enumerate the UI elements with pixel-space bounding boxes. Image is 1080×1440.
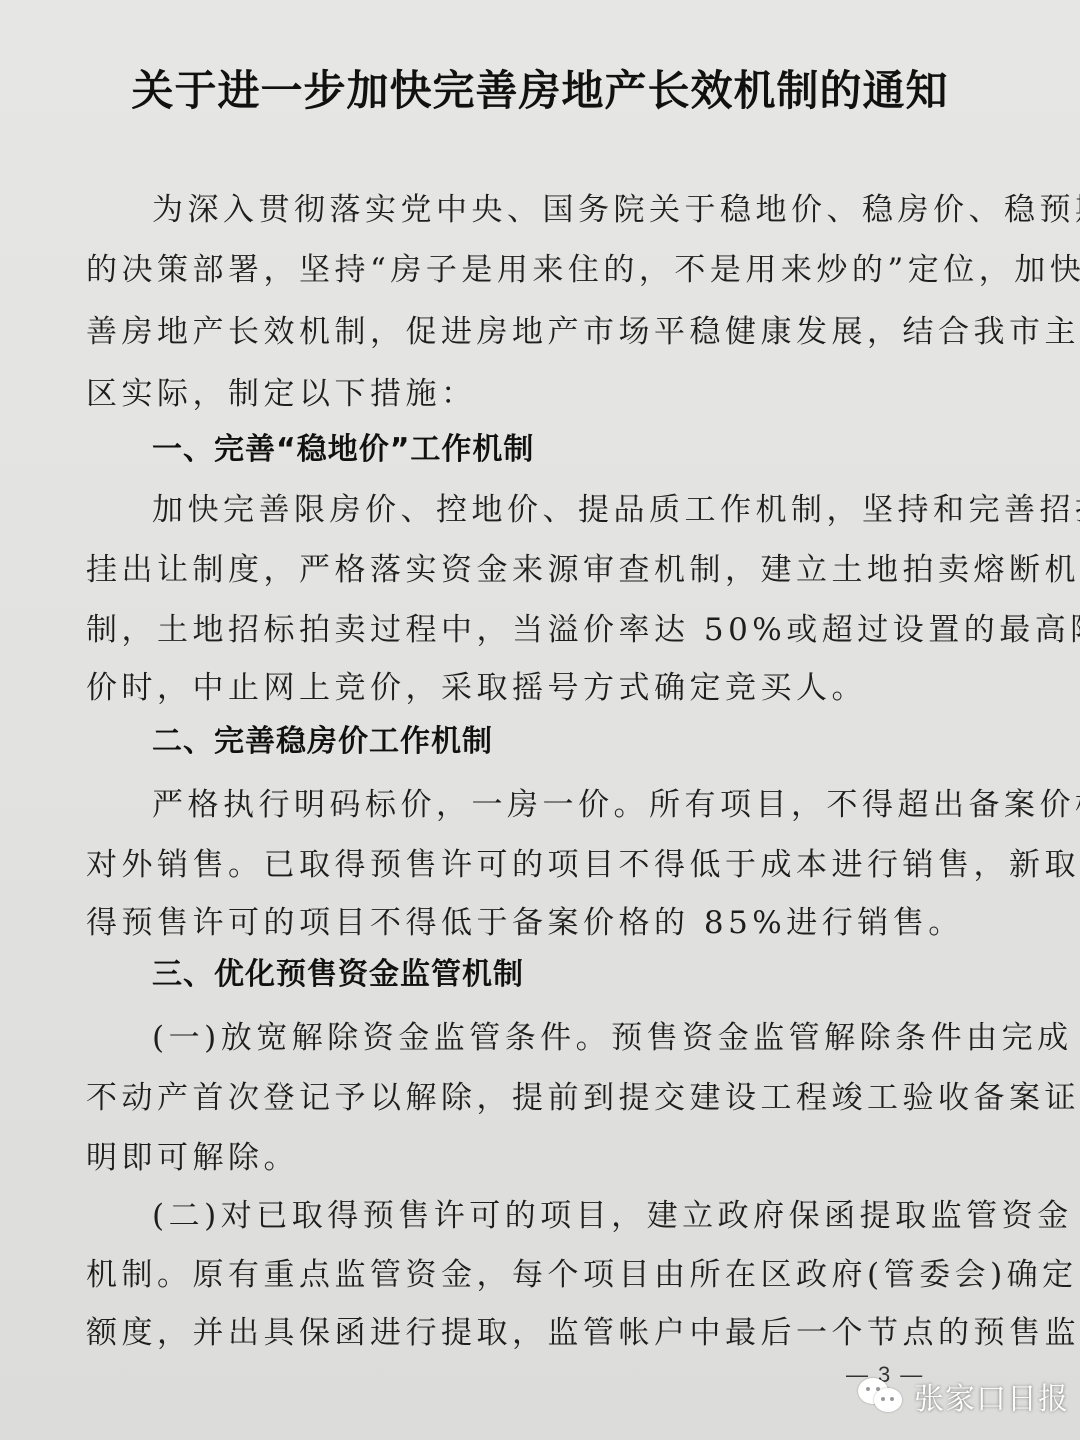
section-1-line: 挂出让制度，严格落实资金来源审查机制，建立土地拍卖熔断机: [86, 550, 986, 590]
section-3-sub1-line: 不动产首次登记予以解除，提前到提交建设工程竣工验收备案证: [86, 1078, 986, 1118]
source-watermark: 张家口日报: [858, 1374, 1069, 1418]
wechat-icon: [858, 1376, 906, 1416]
section-3-sub1-line: 明即可解除。: [86, 1138, 986, 1178]
section-heading-2: 二、完善稳房价工作机制: [152, 722, 493, 762]
section-3-sub2-line: (二)对已取得预售许可的项目，建立政府保函提取监管资金: [152, 1196, 986, 1236]
section-2-line: 得预售许可的项目不得低于备案价格的 85%进行销售。: [86, 903, 986, 943]
watermark-text: 张家口日报: [914, 1374, 1069, 1418]
section-3-sub2-line: 额度，并出具保函进行提取，监管帐户中最后一个节点的预售监管: [86, 1313, 986, 1353]
document-title: 关于进一步加快完善房地产长效机制的通知: [0, 58, 1080, 118]
section-3-sub1-line: (一)放宽解除资金监管条件。预售资金监管解除条件由完成: [152, 1018, 986, 1058]
section-1-line: 价时，中止网上竞价，采取摇号方式确定竞买人。: [86, 668, 986, 708]
section-2-line: 对外销售。已取得预售许可的项目不得低于成本进行销售，新取: [86, 845, 986, 885]
intro-line: 善房地产长效机制，促进房地产市场平稳健康发展，结合我市主城: [86, 312, 986, 352]
intro-line: 为深入贯彻落实党中央、国务院关于稳地价、稳房价、稳预期: [152, 190, 986, 230]
section-2-line: 严格执行明码标价，一房一价。所有项目，不得超出备案价格: [152, 785, 986, 825]
section-heading-3: 三、优化预售资金监管机制: [152, 955, 524, 995]
section-heading-1: 一、完善“稳地价”工作机制: [152, 430, 534, 470]
section-1-line: 制，土地招标拍卖过程中，当溢价率达 50%或超过设置的最高限: [86, 610, 986, 650]
intro-line: 区实际，制定以下措施：: [86, 374, 986, 414]
section-3-sub2-line: 机制。原有重点监管资金，每个项目由所在区政府(管委会)确定: [86, 1255, 986, 1295]
section-1-line: 加快完善限房价、控地价、提品质工作机制，坚持和完善招拍: [152, 490, 986, 530]
intro-line: 的决策部署，坚持“房子是用来住的，不是用来炒的”定位，加快完: [86, 250, 986, 290]
document-page: 关于进一步加快完善房地产长效机制的通知 为深入贯彻落实党中央、国务院关于稳地价、…: [0, 0, 1080, 1440]
